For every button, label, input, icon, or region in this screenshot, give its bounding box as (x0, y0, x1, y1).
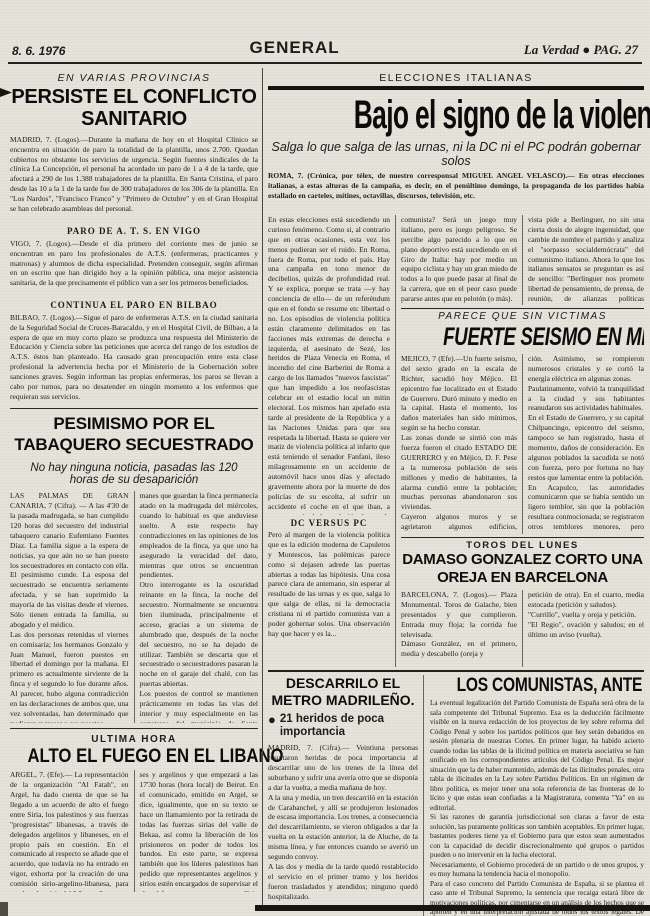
violencia-main-row: En estas elecciones está sucediendo un c… (268, 215, 644, 667)
violencia-headline: Bajo el signo de la violencia (268, 86, 644, 138)
seismo-col-1: MEJICO, 7 (Efe).—Un fuerte seísmo, del s… (401, 354, 522, 534)
seismo-columns: MEJICO, 7 (Efe).—Un fuerte seísmo, del s… (401, 354, 644, 534)
sanitario-lead: MADRID, 7. (Logos).—Durante la mañana de… (10, 135, 258, 221)
seismo-col-2: ción. Asimismo, se rompieron numerosos c… (522, 354, 644, 534)
violencia-lead: ROMA, 7. (Crónica, por télex, de nuestro… (268, 171, 644, 213)
separator-dot-icon: ● (582, 42, 590, 57)
bullet-icon: ● (268, 713, 276, 726)
masthead: La Verdad (524, 42, 579, 57)
left-column: EN VARIAS PROVINCIAS PERSISTE EL CONFLIC… (10, 68, 258, 916)
right-subregion: comunista? Será un juego muy italiano, p… (395, 215, 644, 667)
article-comunistas: LOS COMUNISTAS, ANTE LA LEY La eventual … (423, 675, 644, 916)
header-rule (8, 62, 642, 64)
tabaquero-columns: LAS PALMAS DE GRAN CANARIA, 7 (Cifra). —… (10, 491, 258, 723)
page-number: PAG. 27 (593, 42, 638, 57)
violencia-col1-part2: Pero al margen de la violencia política … (268, 530, 390, 660)
violencia-col1-part1: En estas elecciones está sucediendo un c… (268, 215, 390, 515)
violencia-col-2: comunista? Será un juego muy italiano, p… (401, 215, 522, 305)
tabaquero-headline: PESIMISMO POR EL TABAQUERO SECUESTRADO (10, 413, 258, 456)
seismo-headline: FUERTE SEISMO EN MEJICO (401, 323, 644, 352)
violencia-columns-2-3: comunista? Será un juego muy italiano, p… (401, 215, 644, 305)
toros-columns: BARCELONA, 7. (Logos).— Plaza Monumental… (401, 590, 644, 667)
comunistas-headline-text: LOS COMUNISTAS, ANTE LA LEY (457, 675, 644, 697)
sanitario-subhead-bilbao: CONTINUA EL PARO EN BILBAO (10, 300, 258, 310)
sanitario-subhead-vigo: PARO DE A. T. S. EN VIGO (10, 226, 258, 236)
libano-headline-text: ALTO EL FUEGO EN EL LIBANO (27, 746, 283, 768)
article-seismo: PARECE QUE SIN VICTIMAS FUERTE SEISMO EN… (401, 308, 644, 534)
libano-col-1: ARGEL, 7. (Efe).— La representación de l… (10, 770, 134, 892)
comunistas-headline: LOS COMUNISTAS, ANTE LA LEY (430, 675, 644, 697)
sanitario-body-vigo: VIGO, 7. (Logos).—Desde el día primero d… (10, 239, 258, 295)
article-sanitario: EN VARIAS PROVINCIAS PERSISTE EL CONFLIC… (10, 72, 258, 403)
metro-bullet-line: ● 21 heridos de poca importancia (268, 713, 418, 741)
libano-col-2: ses y argelinos y que empezará a las 17'… (134, 770, 259, 892)
sanitario-headline: PERSISTE EL CONFLICTO SANITARIO (10, 86, 258, 131)
violencia-column-1: En estas elecciones está sucediendo un c… (268, 215, 395, 667)
libano-headline: ALTO EL FUEGO EN EL LIBANO (10, 746, 258, 768)
bottom-rule (255, 905, 650, 911)
metro-headline: DESCARRILO EL METRO MADRILEÑO. (268, 675, 418, 709)
seismo-kicker: PARECE QUE SIN VICTIMAS (401, 311, 644, 322)
article-libano: ULTIMA HORA ALTO EL FUEGO EN EL LIBANO A… (10, 728, 258, 892)
tabaquero-subtitle: No hay ninguna noticia, pasadas las 120 … (16, 462, 252, 486)
seismo-headline-text: FUERTE SEISMO EN MEJICO (443, 323, 644, 352)
sanitario-body-bilbao: BILBAO, 7. (Logos).—Sigue el paro de enf… (10, 313, 258, 403)
sanitario-kicker: EN VARIAS PROVINCIAS (10, 72, 258, 84)
violencia-headline-text: Bajo el signo de la violencia (354, 93, 650, 138)
right-region: ELECCIONES ITALIANAS Bajo el signo de la… (268, 68, 644, 916)
violencia-col-3: vista pide a Berlinguer, no sin una cier… (522, 215, 644, 305)
toros-headline: DAMASO GONZALEZ CORTO UNA OREJA EN BARCE… (401, 551, 644, 587)
corner-mark (0, 902, 8, 916)
article-toros: TOROS DEL LUNES DAMASO GONZALEZ CORTO UN… (401, 537, 644, 667)
violencia-subtitle: Salga lo que salga de las urnas, ni la D… (268, 140, 644, 168)
page-header: 8. 6. 1976 GENERAL La Verdad ● PAG. 27 (12, 34, 638, 58)
libano-columns: ARGEL, 7. (Efe).— La representación de l… (10, 770, 258, 892)
bottom-row: DESCARRILO EL METRO MADRILEÑO. ● 21 heri… (268, 670, 644, 916)
article-violencia: ELECCIONES ITALIANAS Bajo el signo de la… (268, 72, 644, 916)
article-tabaquero: PESIMISMO POR EL TABAQUERO SECUESTRADO N… (10, 408, 258, 724)
tabaquero-col-1: LAS PALMAS DE GRAN CANARIA, 7 (Cifra). —… (10, 491, 134, 723)
toros-kicker: TOROS DEL LUNES (401, 540, 644, 551)
libano-kicker: ULTIMA HORA (10, 734, 258, 745)
metro-bullet-text: 21 heridos de poca importancia (280, 713, 418, 741)
comunistas-body: La eventual legalización del Partido Com… (430, 699, 644, 916)
newspaper-page: 8. 6. 1976 GENERAL La Verdad ● PAG. 27 E… (0, 0, 650, 916)
toros-col-2: petición de otra). En el cuarto, media e… (522, 590, 644, 667)
tabaquero-col-2: manes que guardan la finca permanecía at… (134, 491, 259, 723)
violencia-kicker: ELECCIONES ITALIANAS (268, 72, 644, 84)
section-title: GENERAL (250, 38, 340, 58)
masthead-page-label: La Verdad ● PAG. 27 (524, 42, 638, 58)
violencia-subhead-dc-pc: DC VERSUS PC (268, 518, 390, 528)
article-metro: DESCARRILO EL METRO MADRILEÑO. ● 21 heri… (268, 675, 423, 916)
center-column-divider (262, 68, 263, 908)
toros-col-1: BARCELONA, 7. (Logos).— Plaza Monumental… (401, 590, 522, 667)
date-label: 8. 6. 1976 (12, 44, 65, 58)
metro-body: MADRID, 7. (Cifra).— Veintiuna personas … (268, 743, 418, 916)
